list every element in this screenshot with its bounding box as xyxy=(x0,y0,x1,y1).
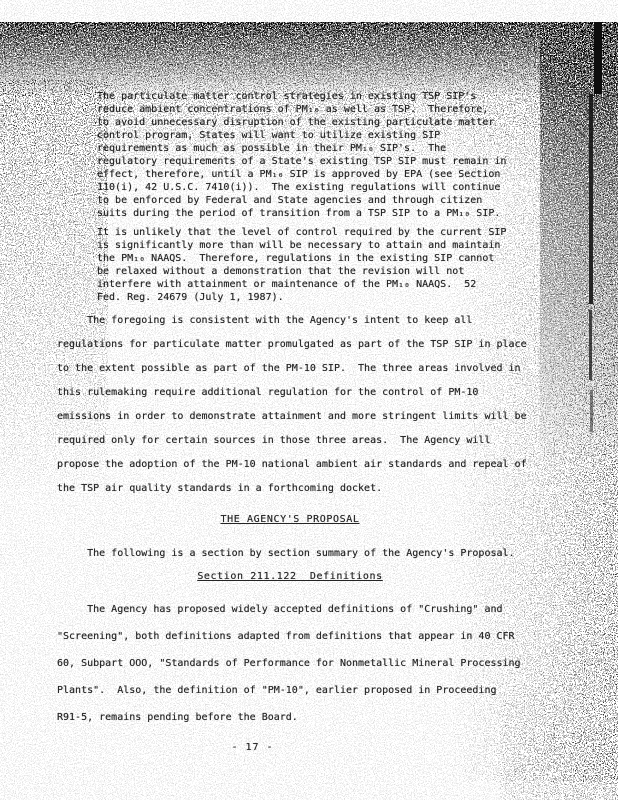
scan-edge-bar-tail xyxy=(590,390,593,432)
intro-summary-line: The following is a section by section su… xyxy=(57,540,515,567)
page-number: - 17 - xyxy=(0,742,505,753)
grain-top-dense xyxy=(0,22,618,96)
paragraph-foregoing: The foregoing is consistent with the Age… xyxy=(57,309,527,501)
scan-edge-bar-mid xyxy=(589,94,593,304)
paragraph-definitions: The Agency has proposed widely accepted … xyxy=(57,596,521,731)
document-page: The particulate matter control strategie… xyxy=(0,0,618,800)
scan-edge-bar-low xyxy=(589,310,592,380)
indented-quote-block-2: It is unlikely that the level of control… xyxy=(97,226,506,304)
heading-agencys-proposal: THE AGENCY'S PROPOSAL xyxy=(40,514,540,525)
scan-edge-bar-top xyxy=(594,22,602,94)
heading-section-definitions: Section 211.122 Definitions xyxy=(40,571,540,582)
indented-quote-block-1: The particulate matter control strategie… xyxy=(97,90,506,220)
grain-right-dense xyxy=(540,22,618,462)
